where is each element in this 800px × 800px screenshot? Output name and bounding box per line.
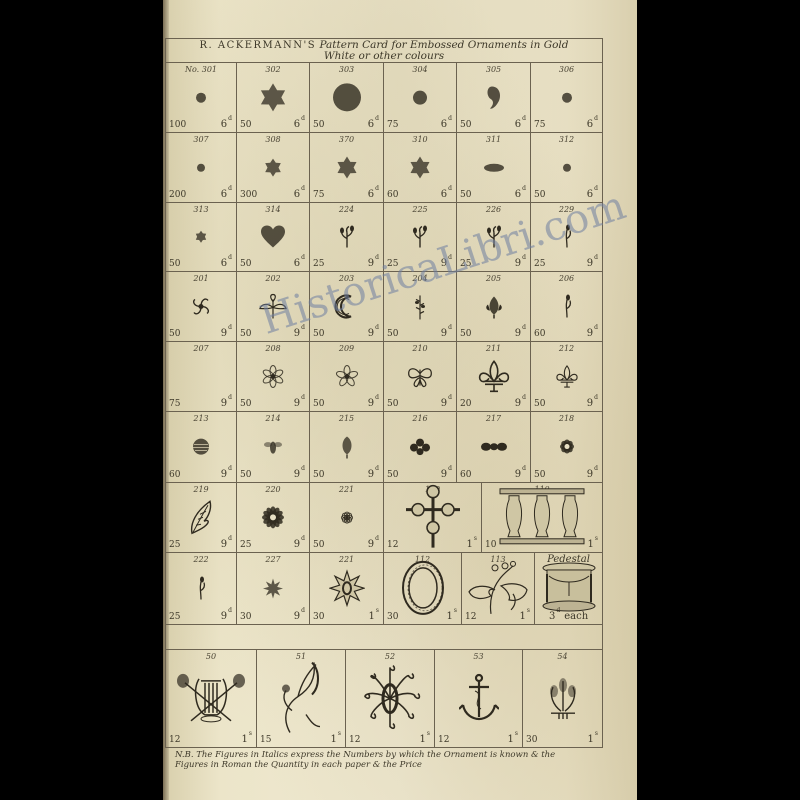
price-value: 1	[467, 539, 473, 550]
price-label: 6d	[294, 254, 305, 269]
price-label: 9d	[368, 394, 379, 409]
price-unit: s	[515, 730, 518, 737]
price-unit: d	[375, 535, 379, 542]
price-label: 9d	[221, 394, 232, 409]
quantity-label: 50	[169, 329, 180, 339]
star6-large-icon	[258, 82, 288, 112]
price-value: 9	[441, 258, 447, 269]
price-value: 9	[368, 469, 374, 480]
price-unit: d	[301, 185, 305, 192]
footer-line-2: Figures in Roman the Quantity in each pa…	[175, 760, 615, 770]
ornament-number: 210	[384, 344, 456, 353]
anchor-icon	[459, 673, 499, 723]
quantity-label: 50	[534, 190, 545, 200]
price-label: 3deach	[549, 607, 588, 622]
quantity-label: 25	[240, 540, 251, 550]
ornament-number: 207	[166, 344, 236, 353]
daisy-icon	[258, 502, 288, 532]
price-unit: d	[228, 607, 232, 614]
ornament-cell: 210509d	[384, 342, 457, 412]
ornament-number: 313	[166, 205, 236, 214]
price-label: 9d	[515, 465, 526, 480]
quantity-label: 25	[460, 259, 471, 269]
price-label: 9d	[294, 394, 305, 409]
quantity-label: 25	[534, 259, 545, 269]
price-unit: d	[448, 394, 452, 401]
ornament-cell: 50121s	[165, 650, 257, 748]
quantity-label: 25	[313, 259, 324, 269]
quantity-label: 50	[534, 399, 545, 409]
price-unit: d	[522, 394, 526, 401]
price-value: 9	[515, 398, 521, 409]
price-value: 9	[368, 539, 374, 550]
ornament-number: 305	[457, 65, 530, 74]
dot-tiny-icon	[561, 161, 573, 173]
quantity-label: 60	[387, 190, 398, 200]
star8-small-icon	[262, 577, 284, 599]
ornament-number: 312	[531, 135, 602, 144]
ornament-cell: 312506d	[531, 133, 603, 203]
quantity-label: 60	[534, 329, 545, 339]
price-value: 9	[368, 328, 374, 339]
price-label: 6d	[587, 115, 598, 130]
price-unit: d	[448, 465, 452, 472]
ornament-cell: 214509d	[237, 412, 310, 483]
cluster-icon	[408, 437, 432, 457]
acorn-icon	[340, 435, 354, 459]
price-label: 1s	[420, 730, 430, 745]
ornament-number: 203	[310, 274, 383, 283]
quantity-label: 20	[460, 399, 471, 409]
price-label: 9d	[515, 324, 526, 339]
price-unit: d	[448, 324, 452, 331]
ornament-cell: 54301s	[523, 650, 603, 748]
quantity-label: 12	[465, 612, 476, 622]
quantity-label: 75	[313, 190, 324, 200]
footer-line-1: N.B. The Figures in Italics express the …	[175, 750, 615, 760]
price-value: 3	[549, 611, 555, 622]
leaf-icon	[484, 294, 504, 318]
price-label: 1s	[520, 607, 530, 622]
quantity-label: 50	[240, 120, 251, 130]
sprig-icon	[410, 225, 430, 249]
price-unit: d	[594, 115, 598, 122]
price-label: 1s	[447, 607, 457, 622]
price-value: 9	[515, 328, 521, 339]
price-value: 6	[368, 189, 374, 200]
ornament-cell: 219259d	[165, 483, 237, 553]
price-label: 9d	[368, 324, 379, 339]
ornament-cell: 204509d	[384, 272, 457, 342]
quantity-label: 50	[460, 329, 471, 339]
ornament-cell: 109121s	[384, 483, 482, 553]
price-unit: s	[595, 730, 598, 737]
ornament-cell: 51151s	[257, 650, 346, 748]
price-value: 6	[441, 119, 447, 130]
price-label: 9d	[294, 535, 305, 550]
price-label: 6d	[441, 115, 452, 130]
flower-spray-icon	[276, 660, 326, 734]
quantity-label: 50	[387, 329, 398, 339]
ornament-number: 215	[310, 414, 383, 423]
price-unit: s	[595, 535, 598, 542]
price-label: 1s	[588, 730, 598, 745]
price-unit: d	[594, 394, 598, 401]
price-value: 1	[588, 734, 594, 745]
ornament-cell: 211209d	[457, 342, 531, 412]
price-value: 1	[420, 734, 426, 745]
ornament-number: 229	[531, 205, 602, 214]
price-unit: d	[228, 394, 232, 401]
ornament-cell: 311506d	[457, 133, 531, 203]
ornament-number: 212	[531, 344, 602, 353]
lily-icon	[412, 292, 428, 320]
dot-tiny-icon	[195, 161, 207, 173]
prince-feathers-icon	[545, 677, 581, 719]
twig-icon	[560, 294, 574, 318]
price-unit: d	[594, 254, 598, 261]
price-value: 6	[221, 119, 227, 130]
ornament-number: 308	[237, 135, 309, 144]
price-unit: d	[301, 607, 305, 614]
ornament-cell: 220259d	[237, 483, 310, 553]
price-value: 1	[242, 734, 248, 745]
ornament-number: 213	[166, 414, 236, 423]
quantity-label: 50	[534, 470, 545, 480]
price-value: 9	[294, 328, 300, 339]
ornament-cell: 208509d	[237, 342, 310, 412]
ornament-cell: 206609d	[531, 272, 603, 342]
price-unit: d	[228, 535, 232, 542]
crescent-icon	[334, 293, 360, 319]
pedestal-icon	[541, 561, 597, 613]
ornament-cell: 202509d	[237, 272, 310, 342]
ornament-cell: 303506d	[310, 63, 384, 133]
price-label: 9d	[221, 535, 232, 550]
ornament-number: 302	[237, 65, 309, 74]
quantity-label: 12	[438, 735, 449, 745]
ornament-cell: 217609d	[457, 412, 531, 483]
price-unit: d	[228, 254, 232, 261]
price-label: 1s	[369, 607, 379, 622]
quantity-label: 15	[260, 735, 271, 745]
price-label: 6d	[221, 254, 232, 269]
price-value: 1	[447, 611, 453, 622]
ornament-number: 306	[531, 65, 602, 74]
ornament-number: 303	[310, 65, 383, 74]
dot-small-icon	[194, 90, 208, 104]
price-label: 1s	[242, 730, 252, 745]
ornament-number: 225	[384, 205, 456, 214]
ornament-number: No. 301	[166, 65, 236, 74]
price-label: 9d	[221, 465, 232, 480]
bow-icon	[480, 441, 508, 453]
ornament-number: 202	[237, 274, 309, 283]
price-value: 6	[441, 189, 447, 200]
quantity-label: 50	[387, 470, 398, 480]
price-unit: s	[376, 607, 379, 614]
price-label: 1s	[331, 730, 341, 745]
dot-small-icon	[560, 90, 574, 104]
price-unit: d	[301, 115, 305, 122]
balustrade-icon	[498, 486, 586, 546]
price-label: 1s	[588, 535, 598, 550]
price-unit: d	[375, 465, 379, 472]
leaf-spray-icon	[258, 293, 288, 319]
price-value: 6	[515, 119, 521, 130]
ornament-cell: 113121s	[462, 553, 535, 625]
ornament-number: 221	[310, 555, 383, 564]
ornament-number: 304	[384, 65, 456, 74]
price-value: 6	[294, 189, 300, 200]
price-value: 6	[294, 258, 300, 269]
ornament-cell: 52121s	[346, 650, 435, 748]
ornament-number: 222	[166, 555, 236, 564]
ornament-number: 307	[166, 135, 236, 144]
price-label: 9d	[368, 465, 379, 480]
price-label: 9d	[587, 465, 598, 480]
price-label: 9d	[515, 254, 526, 269]
price-value: 9	[294, 398, 300, 409]
twig-icon	[560, 225, 574, 249]
ornament-number: 52	[346, 652, 434, 661]
ornament-cell: 224259d	[310, 203, 384, 272]
price-label: 9d	[587, 254, 598, 269]
ornament-number: 209	[310, 344, 383, 353]
footer-note: N.B. The Figures in Italics express the …	[175, 750, 615, 770]
quantity-label: 25	[387, 259, 398, 269]
ornament-cell: Pedestal3deach	[535, 553, 603, 625]
ornament-cell: 53121s	[435, 650, 523, 748]
fleur-de-lis-small-icon	[555, 364, 579, 388]
quantity-label: 100	[169, 120, 186, 130]
price-unit: s	[427, 730, 430, 737]
quantity-label: 50	[240, 470, 251, 480]
ornament-cell: 221509d	[310, 483, 384, 553]
quantity-label: 50	[313, 399, 324, 409]
price-value: 9	[294, 469, 300, 480]
ornament-number: 314	[237, 205, 309, 214]
sprig-icon	[484, 225, 504, 249]
quantity-label: 300	[240, 190, 257, 200]
price-value: 9	[221, 539, 227, 550]
sprig-icon	[337, 225, 357, 249]
ornament-number: 224	[310, 205, 383, 214]
price-label: 6d	[221, 115, 232, 130]
ornament-number: 221	[310, 485, 383, 494]
star6-medium-icon	[335, 155, 359, 179]
heart-icon	[260, 225, 286, 249]
ornament-cell: 227309d	[237, 553, 310, 625]
price-value: 9	[441, 469, 447, 480]
price-unit: d	[522, 324, 526, 331]
quantity-label: 50	[460, 120, 471, 130]
blank-band	[165, 625, 603, 650]
price-value: 6	[515, 189, 521, 200]
price-label: 9d	[515, 394, 526, 409]
dot-large-icon	[331, 81, 363, 113]
price-label: 6d	[441, 185, 452, 200]
quantity-label: 12	[349, 735, 360, 745]
price-label: 9d	[294, 465, 305, 480]
quantity-label: 50	[313, 540, 324, 550]
quantity-label: 50	[460, 190, 471, 200]
price-unit: d	[228, 465, 232, 472]
ornament-number: 53	[435, 652, 522, 661]
ring-icon	[400, 559, 446, 615]
ornament-number: 219	[166, 485, 236, 494]
star-oval-icon	[329, 569, 365, 607]
ornament-cell: 221301s	[310, 553, 384, 625]
price-unit: d	[375, 115, 379, 122]
quantity-label: 10	[485, 540, 496, 550]
price-label: 6d	[294, 185, 305, 200]
butterfly-icon	[406, 365, 434, 387]
ornament-number: 208	[237, 344, 309, 353]
scroll-flower-icon	[188, 293, 214, 319]
price-value: 9	[515, 469, 521, 480]
ornament-number: 206	[531, 274, 602, 283]
rosette-small-icon	[338, 508, 356, 526]
ornament-number: 311	[457, 135, 530, 144]
fleur-de-lis-icon	[477, 359, 511, 393]
quantity-label: 30	[526, 735, 537, 745]
ornament-cell: 3072006d	[165, 133, 237, 203]
scroll-cartouche-icon	[359, 662, 421, 732]
quantity-label: 12	[169, 735, 180, 745]
price-unit: d	[522, 465, 526, 472]
price-label: 6d	[294, 115, 305, 130]
price-value: 9	[587, 398, 593, 409]
price-unit: s	[454, 607, 457, 614]
ornament-cell: 313506d	[165, 203, 237, 272]
price-unit: d	[522, 115, 526, 122]
quantity-label: 50	[169, 259, 180, 269]
quantity-label: 50	[240, 399, 251, 409]
price-value: 1	[520, 611, 526, 622]
oval-icon	[483, 162, 505, 172]
price-unit: d	[301, 254, 305, 261]
price-each: each	[564, 611, 588, 622]
comma-icon	[486, 84, 502, 110]
price-unit: d	[522, 185, 526, 192]
cross-icon	[402, 483, 464, 549]
lyre-trumpets-icon	[175, 668, 247, 726]
price-label: 6d	[368, 115, 379, 130]
price-value: 9	[221, 469, 227, 480]
ornament-cell: 201509d	[165, 272, 237, 342]
bee-icon	[264, 437, 282, 457]
ornament-cell: 314506d	[237, 203, 310, 272]
pattern-card-page: R. ACKERMANN'S Pattern Card for Embossed…	[163, 0, 637, 800]
price-unit: d	[301, 394, 305, 401]
ornament-cell: 212509d	[531, 342, 603, 412]
price-value: 9	[368, 398, 374, 409]
quantity-label: 30	[240, 612, 251, 622]
price-value: 9	[368, 258, 374, 269]
price-value: 9	[294, 539, 300, 550]
price-value: 9	[441, 398, 447, 409]
price-unit: d	[228, 185, 232, 192]
price-value: 9	[587, 258, 593, 269]
price-value: 9	[221, 398, 227, 409]
price-unit: s	[338, 730, 341, 737]
ornament-number: 226	[457, 205, 530, 214]
quantity-label: 75	[169, 399, 180, 409]
ornament-cell: 222259d	[165, 553, 237, 625]
ornament-cell: 310606d	[384, 133, 457, 203]
price-unit: d	[228, 115, 232, 122]
price-label: 6d	[368, 185, 379, 200]
quantity-label: 50	[313, 329, 324, 339]
quantity-label: 60	[460, 470, 471, 480]
price-value: 1	[369, 611, 375, 622]
ornament-number: 201	[166, 274, 236, 283]
price-unit: d	[594, 324, 598, 331]
ornament-cell: 370756d	[310, 133, 384, 203]
price-unit: d	[301, 324, 305, 331]
quantity-label: 75	[534, 120, 545, 130]
price-label: 9d	[441, 254, 452, 269]
ornament-cell: No. 3011006d	[165, 63, 237, 133]
price-unit: s	[474, 535, 477, 542]
price-value: 9	[441, 328, 447, 339]
price-unit: d	[375, 394, 379, 401]
ornament-cell: 305506d	[457, 63, 531, 133]
price-value: 6	[368, 119, 374, 130]
rosette-icon	[556, 436, 578, 458]
ornament-number: 50	[166, 652, 256, 661]
star6-medium-icon	[408, 155, 432, 179]
price-unit: s	[527, 607, 530, 614]
ornament-cell: 302506d	[237, 63, 310, 133]
ornament-number: 211	[457, 344, 530, 353]
price-unit: d	[375, 185, 379, 192]
price-label: 6d	[587, 185, 598, 200]
price-unit: d	[375, 324, 379, 331]
price-value: 6	[587, 119, 593, 130]
price-value: 1	[508, 734, 514, 745]
price-value: 6	[221, 189, 227, 200]
price-value: 6	[221, 258, 227, 269]
ornament-number: 54	[523, 652, 602, 661]
quantity-label: 50	[313, 120, 324, 130]
price-unit: d	[375, 254, 379, 261]
ornament-cell: 110101s	[482, 483, 603, 553]
ornament-cell: 225259d	[384, 203, 457, 272]
ornament-number: 370	[310, 135, 383, 144]
price-unit: d	[594, 185, 598, 192]
ornament-number: 204	[384, 274, 456, 283]
ornament-number: 218	[531, 414, 602, 423]
price-label: 1s	[467, 535, 477, 550]
price-label: 9d	[294, 607, 305, 622]
quantity-label: 200	[169, 190, 186, 200]
quantity-label: 25	[169, 540, 180, 550]
price-unit: d	[301, 535, 305, 542]
quantity-label: 50	[240, 259, 251, 269]
ornament-number: 220	[237, 485, 309, 494]
price-label: 9d	[368, 254, 379, 269]
price-label: 9d	[587, 394, 598, 409]
flower6-icon	[260, 363, 286, 389]
price-unit: d	[448, 254, 452, 261]
price-value: 6	[587, 189, 593, 200]
star6-tiny-icon	[194, 230, 208, 244]
quantity-label: 60	[169, 470, 180, 480]
ornament-cell: 304756d	[384, 63, 457, 133]
ornament-cell: 209509d	[310, 342, 384, 412]
